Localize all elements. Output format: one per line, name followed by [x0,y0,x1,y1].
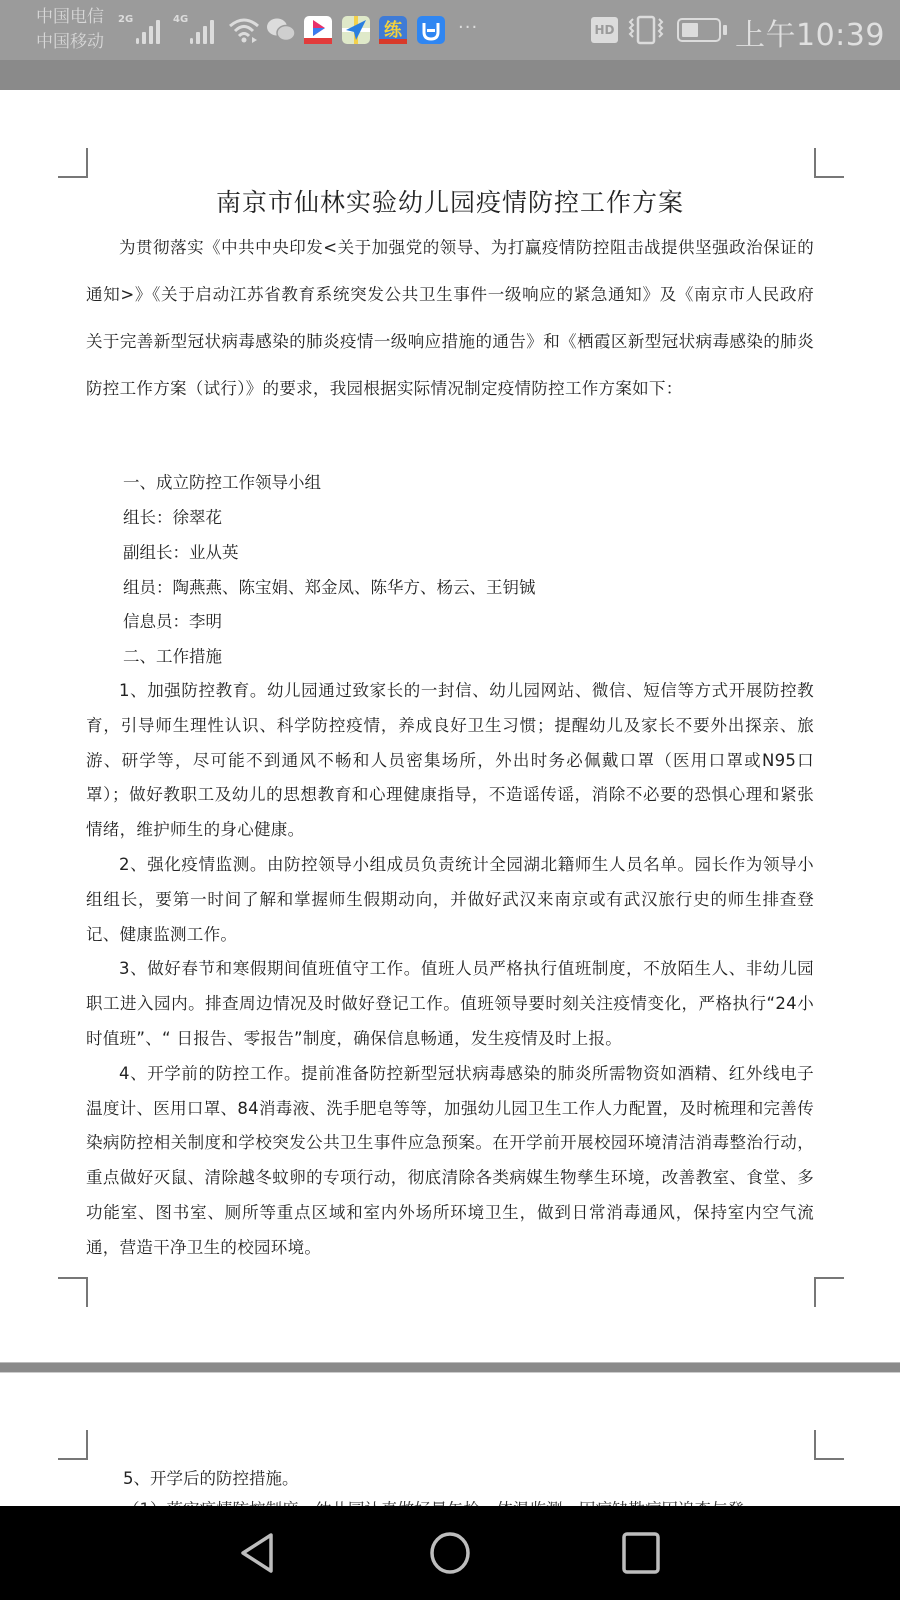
wifi-icon [228,16,260,44]
status-bar: 中国电信 中国移动 2G 4G 练 ··· HD 上午10:39 [0,0,900,60]
measure-item: 3、做好春节和寒假期间值班值守工作。值班人员严格执行值班制度，不放陌生人、非幼儿… [86,952,814,1056]
page-separator [0,1362,900,1373]
carrier-2: 中国移动 [36,30,104,55]
practice-app-icon: 练 [379,16,407,44]
section-1-heading: 一、成立防控工作领导小组 [123,469,321,493]
svg-text:练: 练 [384,19,403,41]
measures-list: 1、加强防控教育。幼儿园通过致家长的一封信、幼儿园网站、微信、短信等方式开展防控… [86,674,814,1266]
leader-line: 组长：徐翠花 [123,504,222,528]
info-officer-line: 信息员：李明 [123,608,222,632]
intro-paragraph: 为贯彻落实《中共中央印发<关于加强党的领导、为打赢疫情防控阻击战提供坚强政治保证… [86,224,814,412]
battery-icon [677,18,721,42]
signal-strength-icon [190,18,214,44]
more-notifications-icon: ··· [458,17,478,38]
cow-app-icon [417,16,445,44]
vibrate-icon [627,15,665,45]
measure-5-heading: 5、开学后的防控措施。 [123,1465,299,1489]
crop-mark-top-right [814,1430,844,1460]
back-button[interactable] [232,1528,282,1578]
carrier-1: 中国电信 [36,5,104,30]
recents-square-icon [619,1531,663,1575]
measure-item: 1、加强防控教育。幼儿园通过致家长的一封信、幼儿园网站、微信、短信等方式开展防控… [86,674,814,848]
network-type-1: 2G [118,14,133,25]
network-type-2: 4G [173,14,188,25]
home-button[interactable] [425,1528,475,1578]
carrier-labels: 中国电信 中国移动 [36,5,104,55]
system-navigation-bar [0,1506,900,1600]
members-line: 组员：陶燕燕、陈宝娟、郑金凤、陈华方、杨云、王钥铖 [123,574,536,598]
measure-item: 4、开学前的防控工作。提前准备防控新型冠状病毒感染的肺炎所需物资如酒精、红外线电… [86,1057,814,1266]
crop-mark-top-right [814,148,844,178]
crop-mark-bottom-right [814,1277,844,1307]
crop-mark-bottom-left [58,1277,88,1307]
recents-button[interactable] [616,1528,666,1578]
crop-mark-top-left [58,148,88,178]
intro-paragraph-container: 为贯彻落实《中共中央印发<关于加强党的领导、为打赢疫情防控阻击战提供坚强政治保证… [86,224,814,412]
measure-item: 2、强化疫情监测。由防控领导小组成员负责统计全园湖北籍师生人员名单。园长作为领导… [86,848,814,952]
video-app-icon [304,16,332,44]
document-title: 南京市仙林实验幼儿园疫情防控工作方案 [0,183,900,219]
crop-mark-top-left [58,1430,88,1460]
home-circle-icon [428,1531,472,1575]
viewer-top-gap [0,60,900,90]
back-triangle-icon [237,1531,277,1575]
wechat-icon [266,16,296,44]
map-navigation-icon [342,16,370,44]
section-2-heading: 二、工作措施 [123,643,222,667]
hd-voice-badge: HD [591,17,618,43]
deputy-leader-line: 副组长：业从英 [123,539,239,563]
clock: 上午10:39 [735,10,885,54]
signal-strength-icon [136,18,160,44]
